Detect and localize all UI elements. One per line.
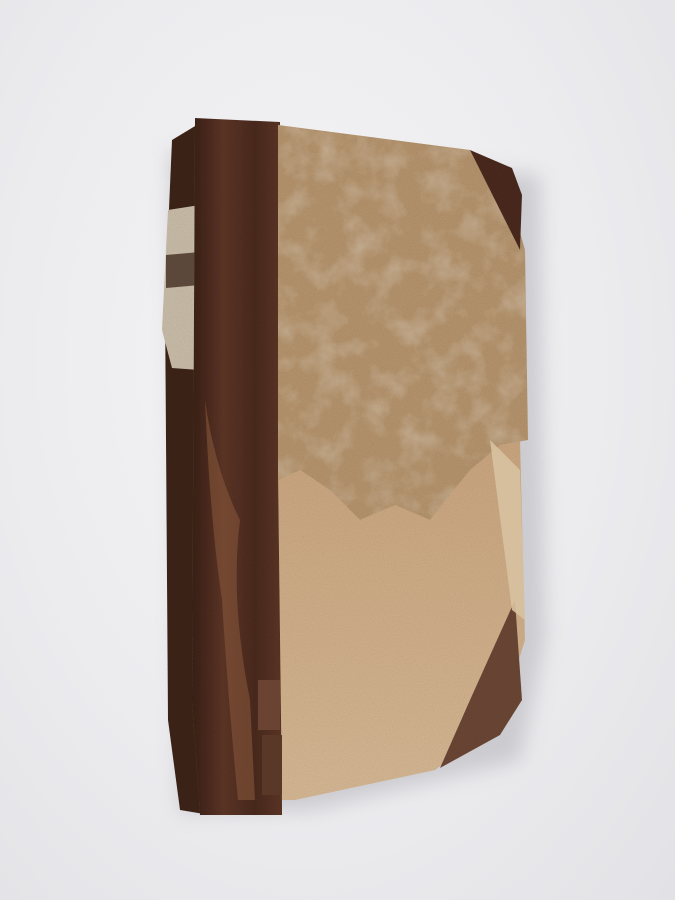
leather-tab [258,680,280,730]
photo-background [0,0,675,900]
leather-tab [262,735,282,795]
book-photo [0,0,675,900]
